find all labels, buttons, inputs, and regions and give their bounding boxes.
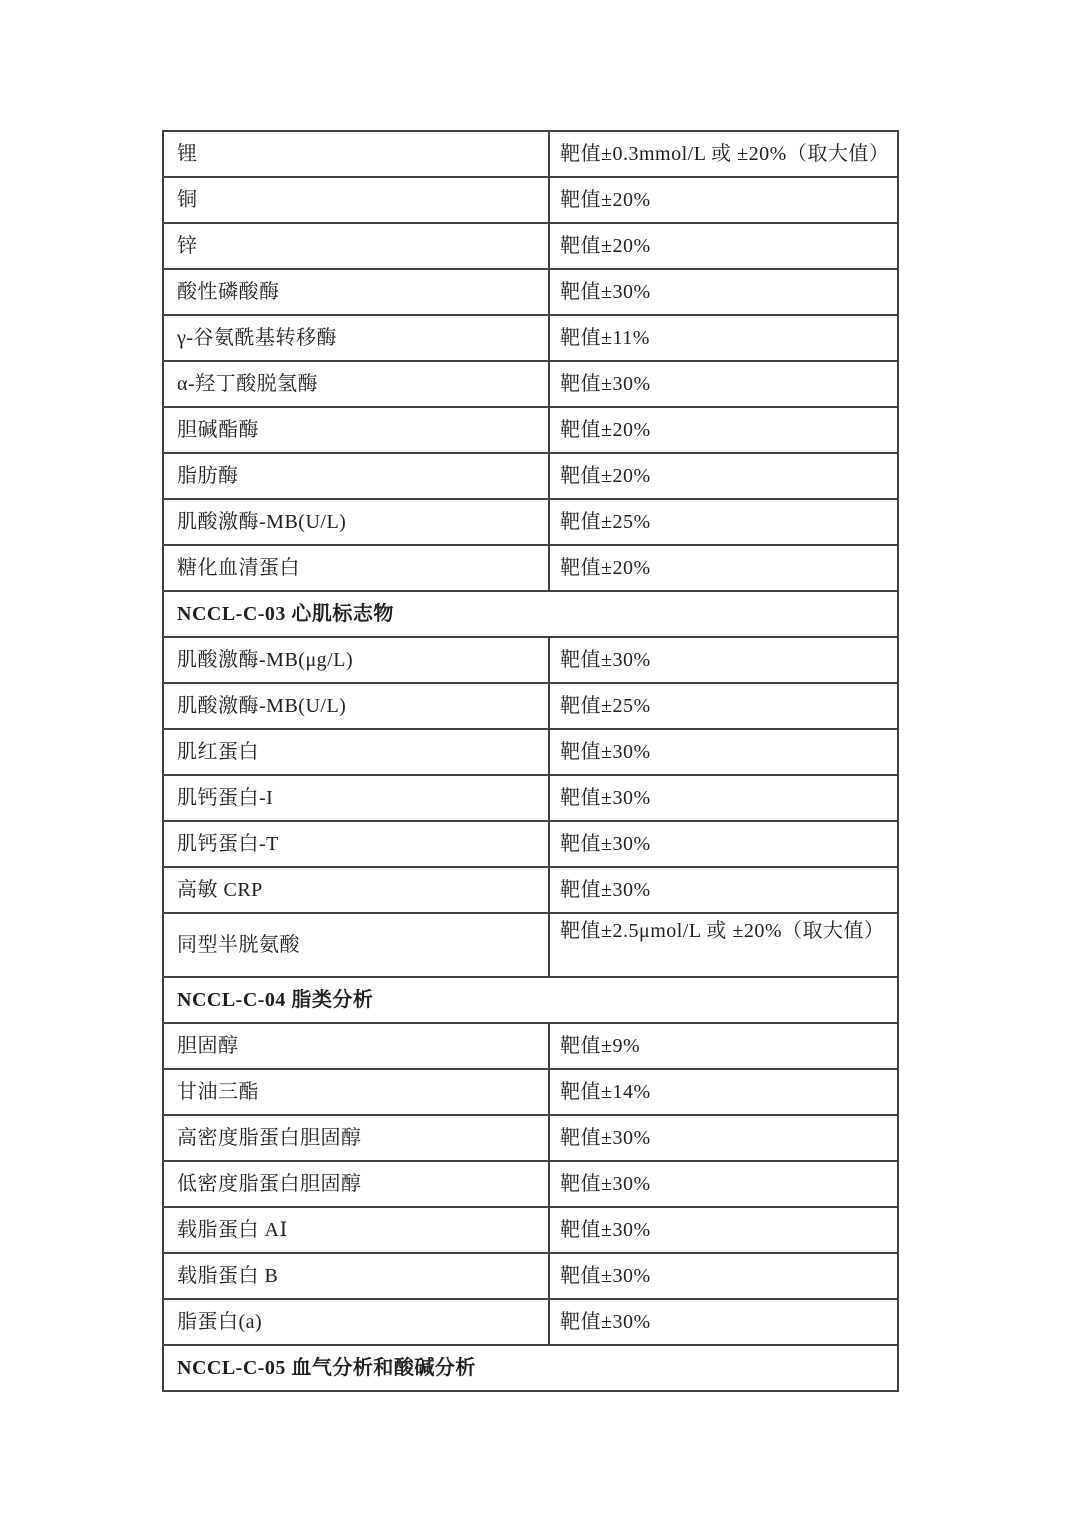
analyte-name: 糖化血清蛋白 [163,545,549,591]
target-value-criteria: 靶值±25% [549,499,898,545]
qc-table-body: 锂靶值±0.3mmol/L 或 ±20%（取大值）铜靶值±20%锌靶值±20%酸… [163,131,898,1391]
table-row: 同型半胱氨酸靶值±2.5μmol/L 或 ±20%（取大值） [163,913,898,977]
target-value-criteria: 靶值±30% [549,1253,898,1299]
target-value-criteria: 靶值±30% [549,361,898,407]
analyte-name: 肌酸激酶-MB(U/L) [163,683,549,729]
analyte-name: 肌钙蛋白-T [163,821,549,867]
table-row: 胆碱酯酶靶值±20% [163,407,898,453]
target-value-criteria: 靶值±20% [549,223,898,269]
analyte-name: 甘油三酯 [163,1069,549,1115]
analyte-name: 锌 [163,223,549,269]
table-row: 载脂蛋白 AⅠ靶值±30% [163,1207,898,1253]
section-header-row: NCCL-C-04 脂类分析 [163,977,898,1023]
qc-criteria-table: 锂靶值±0.3mmol/L 或 ±20%（取大值）铜靶值±20%锌靶值±20%酸… [162,130,899,1392]
table-row: 肌酸激酶-MB(U/L)靶值±25% [163,683,898,729]
table-row: 高密度脂蛋白胆固醇靶值±30% [163,1115,898,1161]
table-row: 胆固醇靶值±9% [163,1023,898,1069]
target-value-criteria: 靶值±30% [549,867,898,913]
section-header-row: NCCL-C-03 心肌标志物 [163,591,898,637]
table-row: 低密度脂蛋白胆固醇靶值±30% [163,1161,898,1207]
table-row: 脂蛋白(a)靶值±30% [163,1299,898,1345]
analyte-name: 胆碱酯酶 [163,407,549,453]
target-value-criteria: 靶值±20% [549,545,898,591]
analyte-name: 锂 [163,131,549,177]
table-row: 肌钙蛋白-T靶值±30% [163,821,898,867]
table-row: 脂肪酶靶值±20% [163,453,898,499]
analyte-name: 高密度脂蛋白胆固醇 [163,1115,549,1161]
table-row: 酸性磷酸酶靶值±30% [163,269,898,315]
table-row: 肌酸激酶-MB(U/L)靶值±25% [163,499,898,545]
analyte-name: 肌酸激酶-MB(μg/L) [163,637,549,683]
table-row: 锌靶值±20% [163,223,898,269]
target-value-criteria: 靶值±30% [549,1161,898,1207]
table-row: 铜靶值±20% [163,177,898,223]
analyte-name: 胆固醇 [163,1023,549,1069]
target-value-criteria: 靶值±30% [549,1207,898,1253]
table-row: 糖化血清蛋白靶值±20% [163,545,898,591]
table-row: 载脂蛋白 B靶值±30% [163,1253,898,1299]
analyte-name: 载脂蛋白 B [163,1253,549,1299]
analyte-name: 载脂蛋白 AⅠ [163,1207,549,1253]
target-value-criteria: 靶值±30% [549,729,898,775]
table-row: 肌酸激酶-MB(μg/L)靶值±30% [163,637,898,683]
section-header-label: NCCL-C-04 脂类分析 [163,977,898,1023]
analyte-name: 铜 [163,177,549,223]
section-header-label: NCCL-C-03 心肌标志物 [163,591,898,637]
analyte-name: γ-谷氨酰基转移酶 [163,315,549,361]
target-value-criteria: 靶值±30% [549,1299,898,1345]
table-row: α-羟丁酸脱氢酶靶值±30% [163,361,898,407]
analyte-name: 脂蛋白(a) [163,1299,549,1345]
section-header-row: NCCL-C-05 血气分析和酸碱分析 [163,1345,898,1391]
document-page: 锂靶值±0.3mmol/L 或 ±20%（取大值）铜靶值±20%锌靶值±20%酸… [0,0,1080,1527]
target-value-criteria: 靶值±2.5μmol/L 或 ±20%（取大值） [549,913,898,977]
table-row: 肌钙蛋白-I靶值±30% [163,775,898,821]
target-value-criteria: 靶值±20% [549,177,898,223]
table-row: γ-谷氨酰基转移酶靶值±11% [163,315,898,361]
table-row: 肌红蛋白靶值±30% [163,729,898,775]
analyte-name: 肌红蛋白 [163,729,549,775]
target-value-criteria: 靶值±30% [549,269,898,315]
analyte-name: 高敏 CRP [163,867,549,913]
analyte-name: 肌酸激酶-MB(U/L) [163,499,549,545]
target-value-criteria: 靶值±0.3mmol/L 或 ±20%（取大值） [549,131,898,177]
analyte-name: 低密度脂蛋白胆固醇 [163,1161,549,1207]
target-value-criteria: 靶值±30% [549,637,898,683]
analyte-name: 肌钙蛋白-I [163,775,549,821]
analyte-name: α-羟丁酸脱氢酶 [163,361,549,407]
table-row: 甘油三酯靶值±14% [163,1069,898,1115]
table-row: 锂靶值±0.3mmol/L 或 ±20%（取大值） [163,131,898,177]
target-value-criteria: 靶值±9% [549,1023,898,1069]
target-value-criteria: 靶值±20% [549,407,898,453]
target-value-criteria: 靶值±20% [549,453,898,499]
section-header-label: NCCL-C-05 血气分析和酸碱分析 [163,1345,898,1391]
table-row: 高敏 CRP靶值±30% [163,867,898,913]
target-value-criteria: 靶值±14% [549,1069,898,1115]
target-value-criteria: 靶值±25% [549,683,898,729]
target-value-criteria: 靶值±30% [549,821,898,867]
target-value-criteria: 靶值±11% [549,315,898,361]
analyte-name: 脂肪酶 [163,453,549,499]
analyte-name: 同型半胱氨酸 [163,913,549,977]
target-value-criteria: 靶值±30% [549,775,898,821]
target-value-criteria: 靶值±30% [549,1115,898,1161]
analyte-name: 酸性磷酸酶 [163,269,549,315]
